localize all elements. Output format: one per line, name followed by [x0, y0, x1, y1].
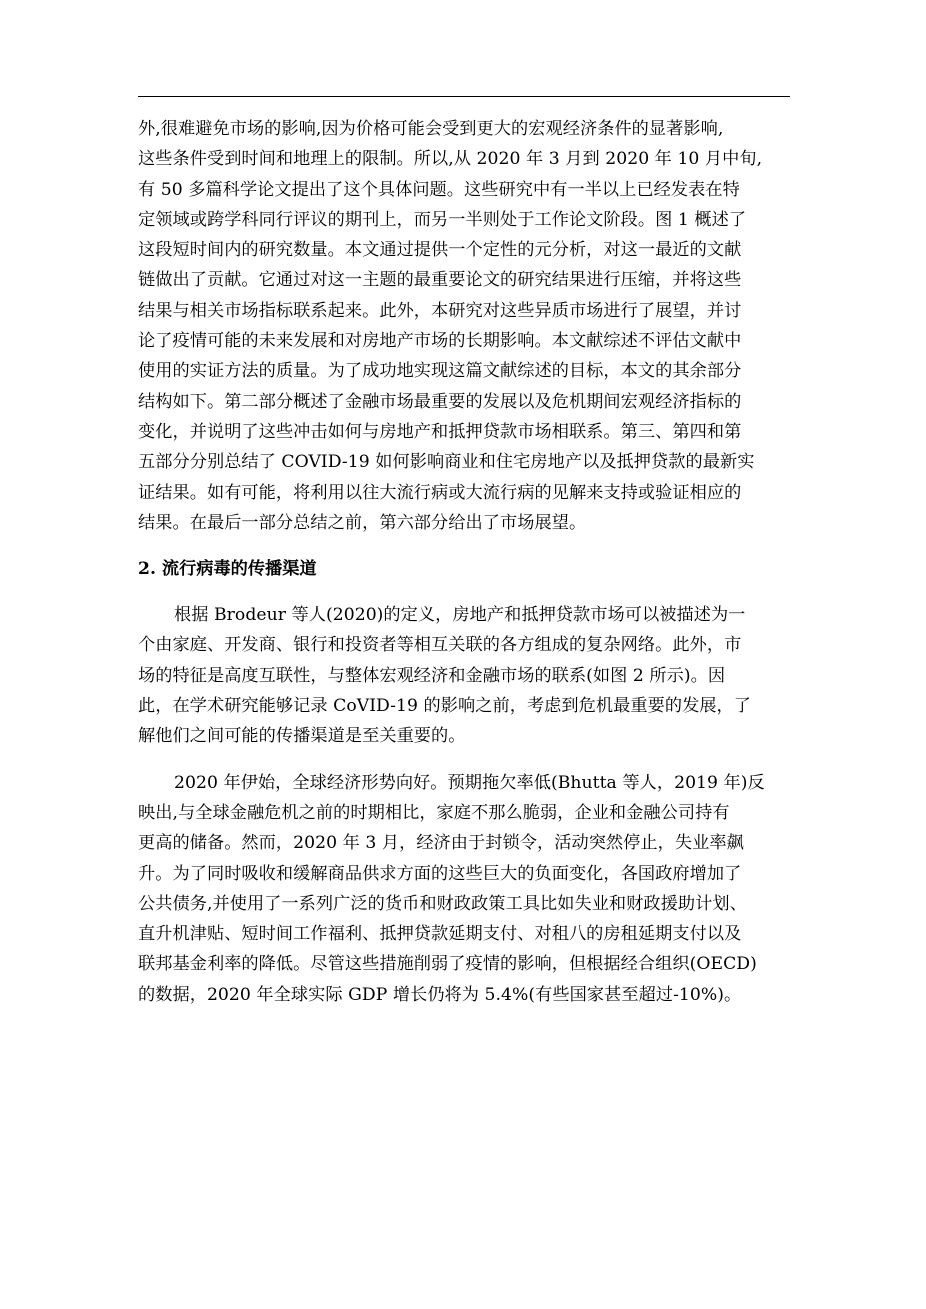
- text-line: 有 50 多篇科学论文提出了这个具体问题。这些研究中有一半以上已经发表在特: [138, 175, 790, 205]
- text-line: 更高的储备。然而，2020 年 3 月，经济由于封锁令，活动突然停止，失业率飙: [138, 828, 790, 858]
- text-line: 2020 年伊始，全球经济形势向好。预期拖欠率低(Bhutta 等人，2019 …: [138, 768, 790, 798]
- text-line: 链做出了贡献。它通过对这一主题的最重要论文的研究结果进行压缩，并将这些: [138, 265, 790, 295]
- text-line: 论了疫情可能的未来发展和对房地产市场的长期影响。本文献综述不评估文献中: [138, 326, 790, 356]
- page-content: 外,很难避免市场的影响,因为价格可能会受到更大的宏观经济条件的显著影响, 这些条…: [138, 114, 790, 1010]
- text-line: 结果。在最后一部分总结之前，第六部分给出了市场展望。: [138, 508, 790, 538]
- text-line: 映出,与全球金融危机之前的时期相比，家庭不那么脆弱，企业和金融公司持有: [138, 798, 790, 828]
- text-line: 直升机津贴、短时间工作福利、抵押贷款延期支付、对租八的房租延期支付以及: [138, 919, 790, 949]
- text-line: 这些条件受到时间和地理上的限制。所以,从 2020 年 3 月到 2020 年 …: [138, 144, 790, 174]
- text-line: 此，在学术研究能够记录 CoVID-19 的影响之前，考虑到危机最重要的发展，了: [138, 691, 790, 721]
- header-rule: [138, 96, 790, 97]
- text-line: 五部分分别总结了 COVID-19 如何影响商业和住宅房地产以及抵押贷款的最新实: [138, 447, 790, 477]
- text-line: 结果与相关市场指标联系起来。此外，本研究对这些异质市场进行了展望，并讨: [138, 296, 790, 326]
- paragraph-2: 根据 Brodeur 等人(2020)的定义，房地产和抵押贷款市场可以被描述为一…: [138, 600, 790, 751]
- text-line: 的数据，2020 年全球实际 GDP 增长仍将为 5.4%(有些国家甚至超过-1…: [138, 980, 790, 1010]
- text-line: 结构如下。第二部分概述了金融市场最重要的发展以及危机期间宏观经济指标的: [138, 387, 790, 417]
- text-line: 变化，并说明了这些冲击如何与房地产和抵押贷款市场相联系。第三、第四和第: [138, 417, 790, 447]
- paragraph-1: 外,很难避免市场的影响,因为价格可能会受到更大的宏观经济条件的显著影响, 这些条…: [138, 114, 790, 538]
- text-line: 使用的实证方法的质量。为了成功地实现这篇文献综述的目标，本文的其余部分: [138, 356, 790, 386]
- text-line: 解他们之间可能的传播渠道是至关重要的。: [138, 721, 790, 751]
- text-line: 场的特征是高度互联性，与整体宏观经济和金融市场的联系(如图 2 所示)。因: [138, 661, 790, 691]
- spacer: [138, 538, 790, 554]
- text-line: 根据 Brodeur 等人(2020)的定义，房地产和抵押贷款市场可以被描述为一: [138, 600, 790, 630]
- text-line: 个由家庭、开发商、银行和投资者等相互关联的各方组成的复杂网络。此外，市: [138, 630, 790, 660]
- spacer: [138, 752, 790, 768]
- text-line: 联邦基金利率的降低。尽管这些措施削弱了疫情的影响，但根据经合组织(OECD): [138, 949, 790, 979]
- text-line: 定领域或跨学科同行评议的期刊上，而另一半则处于工作论文阶段。图 1 概述了: [138, 205, 790, 235]
- paragraph-3: 2020 年伊始，全球经济形势向好。预期拖欠率低(Bhutta 等人，2019 …: [138, 768, 790, 1010]
- text-line: 这段短时间内的研究数量。本文通过提供一个定性的元分析，对这一最近的文献: [138, 235, 790, 265]
- section-heading: 2. 流行病毒的传播渠道: [138, 554, 790, 584]
- spacer: [138, 584, 790, 600]
- text-line: 外,很难避免市场的影响,因为价格可能会受到更大的宏观经济条件的显著影响,: [138, 114, 790, 144]
- text-line: 证结果。如有可能，将利用以往大流行病或大流行病的见解来支持或验证相应的: [138, 478, 790, 508]
- text-line: 升。为了同时吸收和缓解商品供求方面的这些巨大的负面变化，各国政府增加了: [138, 859, 790, 889]
- text-line: 公共债务,并使用了一系列广泛的货币和财政政策工具比如失业和财政援助计划、: [138, 889, 790, 919]
